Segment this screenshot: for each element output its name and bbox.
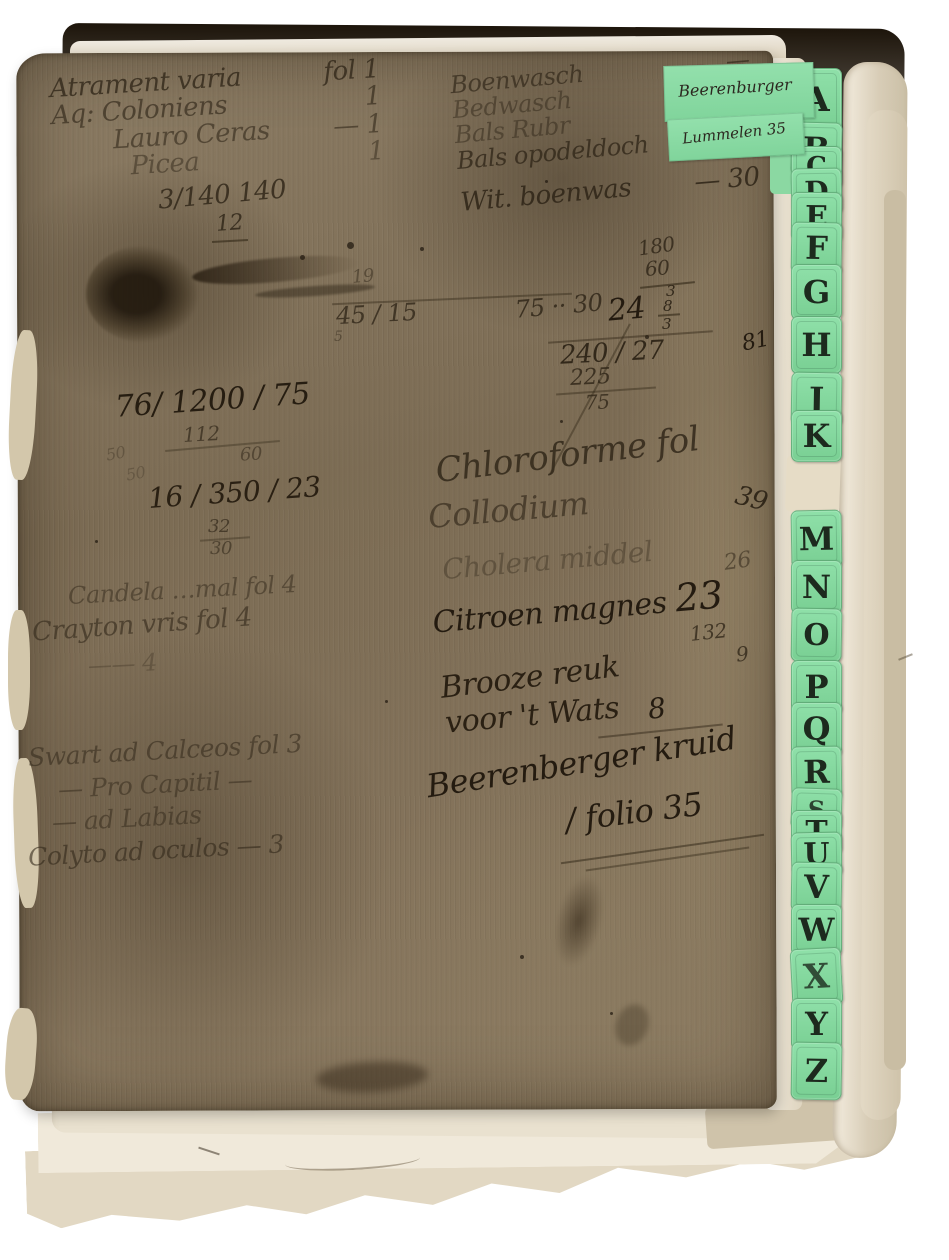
calc-number: 75 (584, 391, 610, 413)
ink-stain-blob (86, 246, 198, 342)
calc-number: 30 (210, 540, 232, 559)
edge-number-clip: 81 (740, 328, 774, 364)
tab-letter: X (802, 956, 830, 997)
tab-letter: O (803, 617, 830, 652)
ledger-top-left: Atrament variafol 1 Aq: Coloniens1 Lauro… (49, 56, 385, 185)
entry-citroen-sub: 132 (689, 620, 728, 645)
torn-tab-scrap (785, 455, 841, 513)
index-tab-k: K (791, 410, 842, 462)
calc-number: 45 ∕ 15 (335, 300, 417, 329)
green-sticker-bottom: Lummelen 35 (667, 112, 805, 161)
tab-letter: Q (803, 710, 831, 748)
calc-number: 60 (240, 445, 263, 465)
calc-number: 60 (644, 257, 670, 280)
index-tab-g: G (791, 264, 842, 320)
tab-letter: K (803, 417, 831, 455)
index-tab-o: O (791, 608, 843, 663)
calc-number: 112 (182, 423, 220, 446)
tab-letter: Z (804, 1052, 828, 1090)
calc-number: 225 (569, 365, 611, 390)
index-tab-z: Z (790, 1042, 842, 1101)
tab-letter: F (805, 229, 828, 267)
calc-number: 5 (334, 330, 342, 345)
tab-letter: G (803, 273, 830, 311)
index-tab-n: N (791, 560, 842, 614)
notebook-cover-photo: Atrament variafol 1 Aq: Coloniens1 Lauro… (0, 0, 949, 1260)
index-tab-h: H (791, 316, 842, 374)
entry-citroen-sub2: 9 (735, 643, 749, 665)
tab-letter: Y (805, 1005, 828, 1043)
entry-value: 23 (673, 572, 724, 620)
calc-number: 3 (662, 317, 671, 333)
tab-letter: M (798, 520, 834, 559)
calc-number: 19 (351, 267, 374, 288)
tab-letter: V (804, 868, 829, 906)
torn-edge-patch (8, 610, 30, 730)
entry-text: Picea (130, 149, 200, 180)
tab-letter: R (803, 753, 830, 791)
entry-value: 1 (364, 83, 382, 111)
entry-faded: —— 4 (87, 650, 157, 679)
calc-number: 50 (105, 444, 127, 464)
tab-letter: N (802, 568, 831, 606)
right-page-edge-3 (884, 190, 906, 1070)
tab-letter: W (799, 911, 835, 949)
sticker-line1: Beerenburger (663, 59, 815, 101)
tab-letter: P (804, 668, 828, 706)
calc-number: 50 (125, 464, 147, 484)
calc-number: 81 (740, 328, 771, 356)
tab-letter: H (801, 326, 831, 364)
calc-number: 24 (607, 292, 647, 327)
entry-brooze-value: 8 (647, 693, 667, 724)
entry-value: — 30 (693, 164, 760, 197)
calc-line: 12 (215, 211, 244, 236)
entry-value: 1 (367, 138, 385, 166)
calc-number: 8 (663, 299, 672, 315)
entry-cholera-value: 26 (723, 548, 753, 575)
calc-number: 32 (208, 518, 230, 537)
